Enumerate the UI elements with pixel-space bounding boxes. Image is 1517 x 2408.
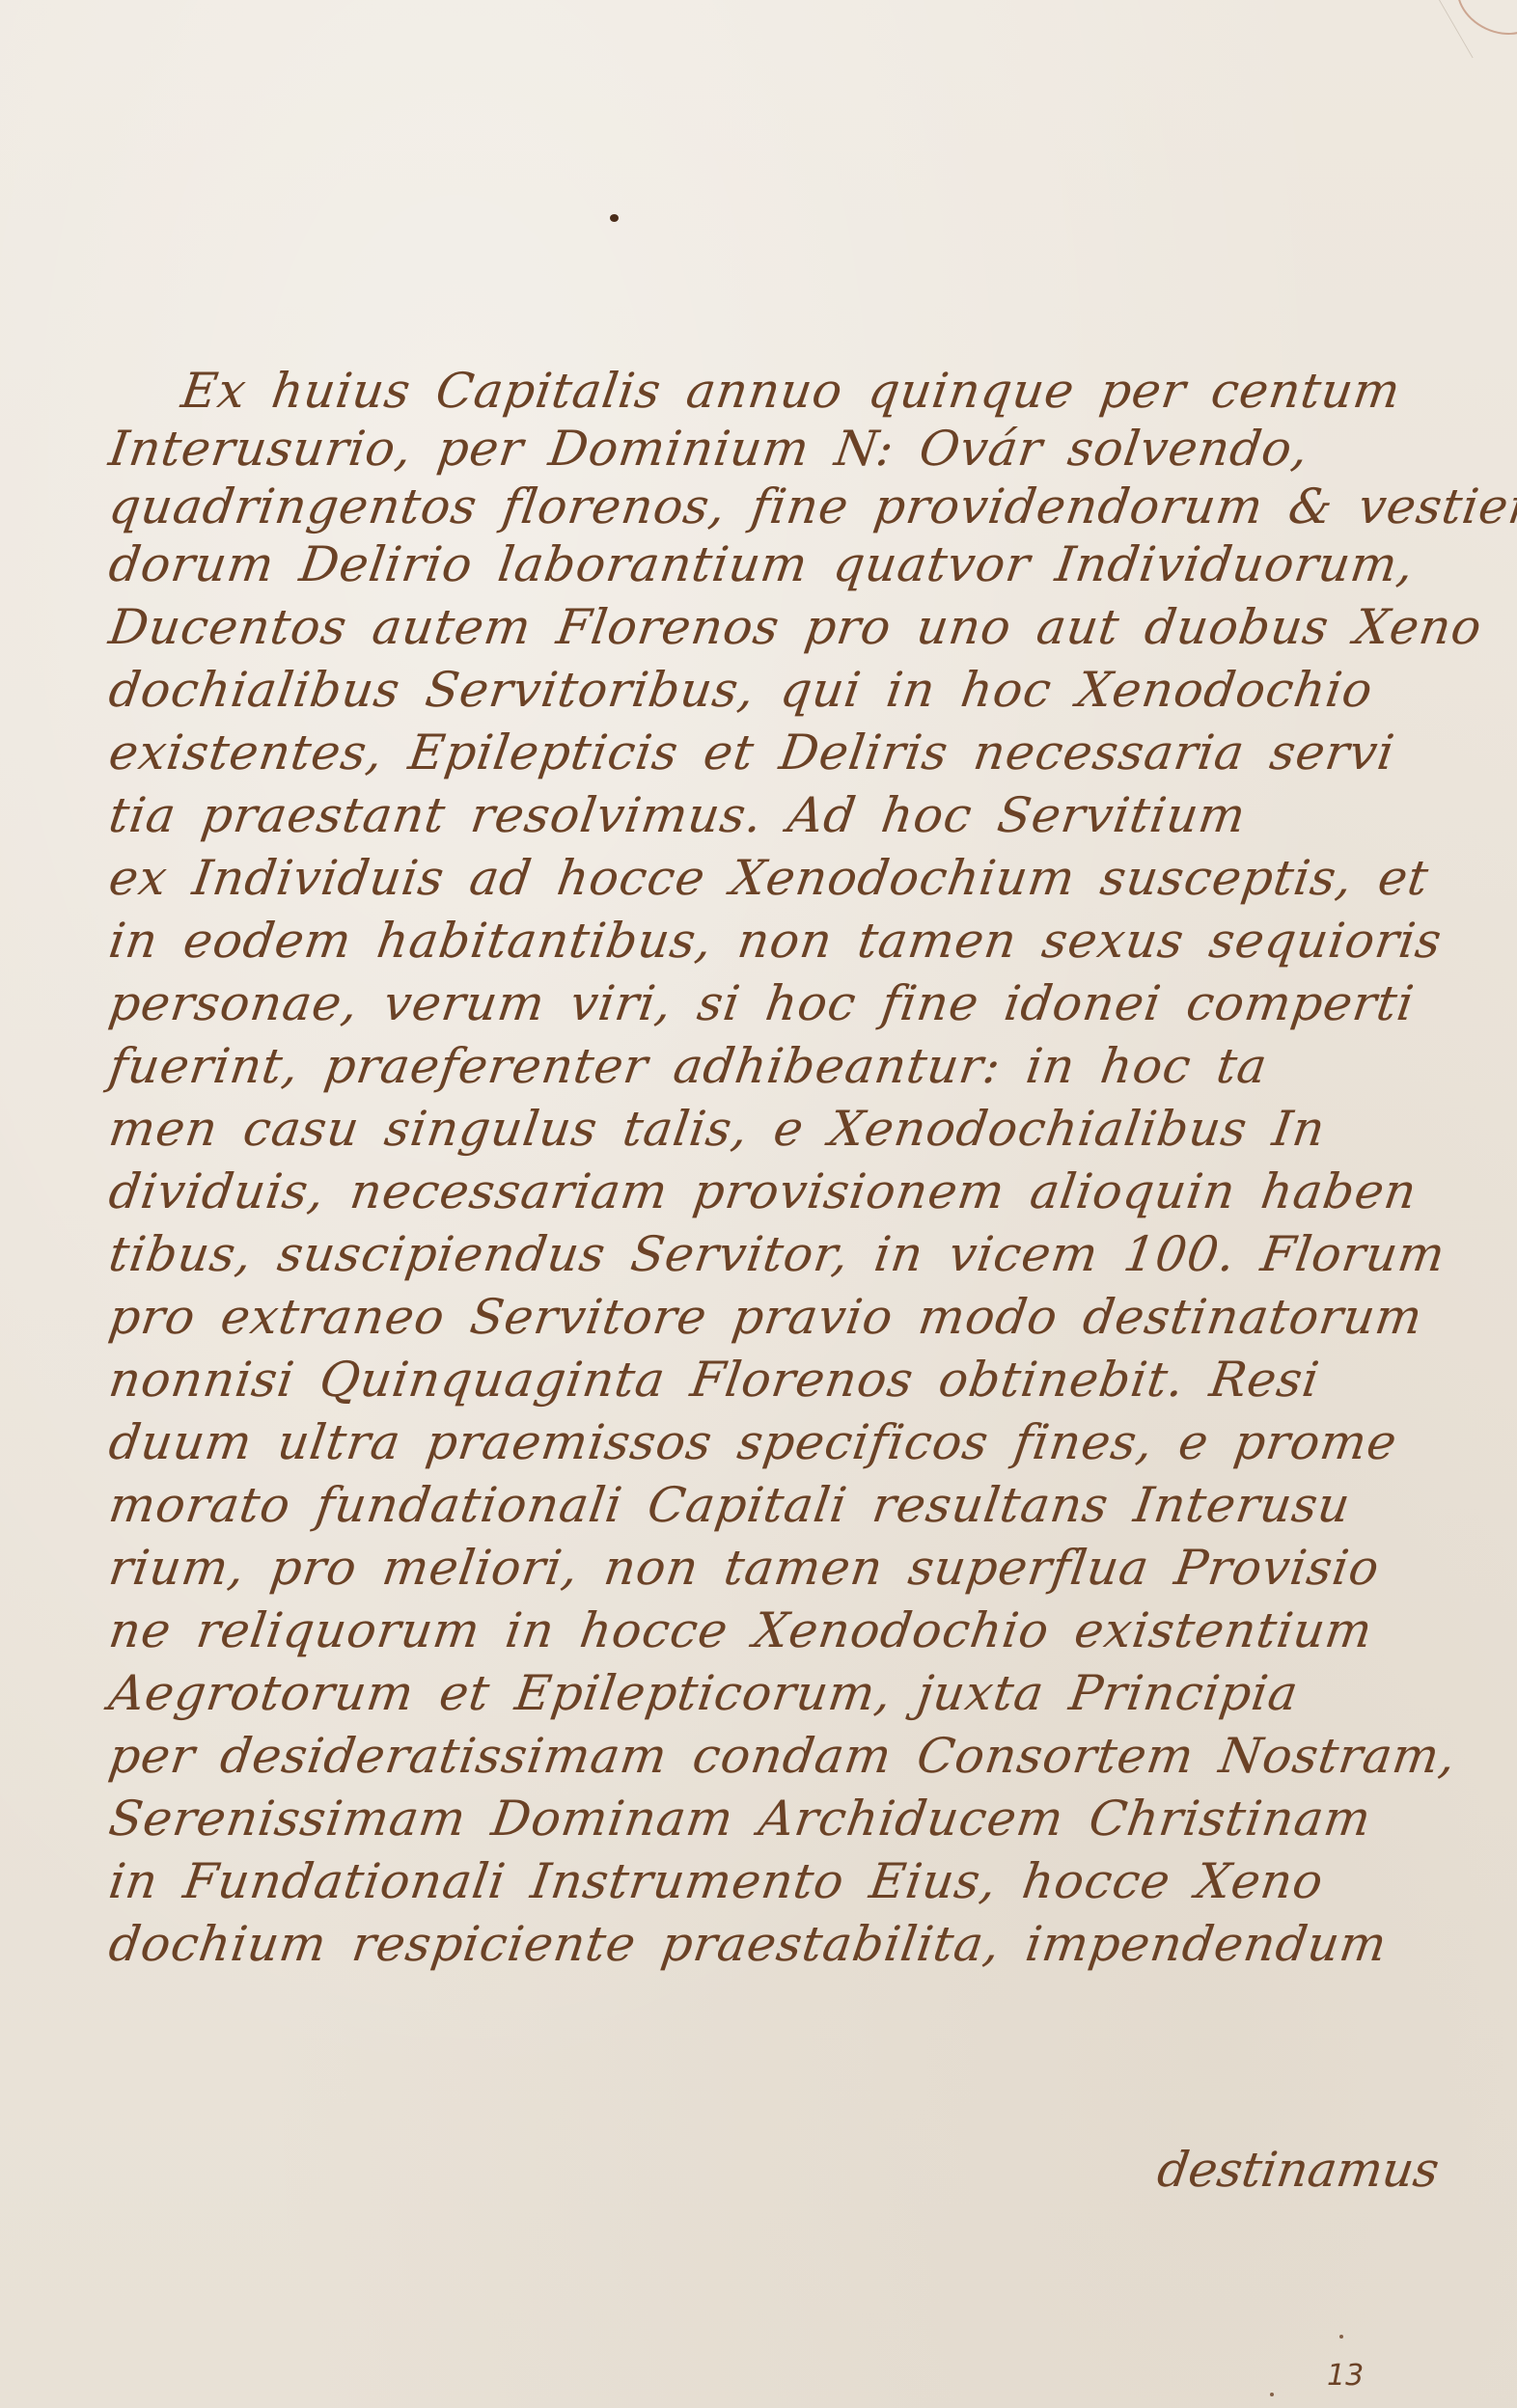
text-line: Ducentos autem Florenos pro uno aut duob… xyxy=(106,603,1485,651)
ink-dot xyxy=(610,214,619,222)
text-line: morato fundationali Capitali resultans I… xyxy=(106,1481,1354,1529)
text-line: Serenissimam Dominam Archiducem Christin… xyxy=(106,1794,1374,1843)
text-line: dividuis, necessariam provisionem alioqu… xyxy=(106,1167,1420,1216)
closing-word: destinamus xyxy=(1154,2142,1443,2198)
folio-number: 13 xyxy=(1327,2359,1364,2393)
text-line: per desideratissimam condam Consortem No… xyxy=(106,1732,1459,1780)
text-line: in Fundationali Instrumento Eius, hocce … xyxy=(106,1857,1327,1905)
text-line: quadringentos florenos, fine providendor… xyxy=(106,482,1517,531)
text-line: ne reliquorum in hocce Xenodochio existe… xyxy=(106,1606,1376,1655)
text-line: fuerint, praeferenter adhibeantur: in ho… xyxy=(106,1042,1271,1090)
text-line: dochium respiciente praestabilita, impen… xyxy=(106,1920,1391,1968)
text-line: pro extraneo Servitore pravio modo desti… xyxy=(106,1293,1425,1341)
text-line: existentes, Epilepticis et Deliris neces… xyxy=(106,728,1397,777)
text-line: ex Individuis ad hocce Xenodochium susce… xyxy=(106,854,1432,902)
text-line: personae, verum viri, si hoc fine idonei… xyxy=(106,979,1418,1027)
text-line: Aegrotorum et Epilepticorum, juxta Princ… xyxy=(106,1669,1302,1717)
text-line: Interusurio, per Dominium N: Ovár solven… xyxy=(106,424,1311,473)
text-line: in eodem habitantibus, non tamen sexus s… xyxy=(106,917,1445,965)
text-line: duum ultra praemissos specificos fines, … xyxy=(106,1418,1400,1466)
corner-fold xyxy=(1439,0,1517,58)
ink-speck xyxy=(1270,2393,1274,2396)
text-line: men casu singulus talis, e Xenodochialib… xyxy=(106,1105,1329,1153)
text-line: rium, pro meliori, non tamen superflua P… xyxy=(106,1544,1383,1592)
text-line: tia praestant resolvimus. Ad hoc Serviti… xyxy=(106,791,1249,839)
text-line: tibus, suscipiendus Servitor, in vicem 1… xyxy=(106,1230,1448,1278)
text-line: dorum Delirio laborantium quatvor Indivi… xyxy=(106,540,1418,588)
manuscript-page: Ex huius Capitalis annuo quinque per cen… xyxy=(0,0,1517,2408)
ink-speck xyxy=(1339,2335,1343,2339)
text-line: dochialibus Servitoribus, qui in hoc Xen… xyxy=(106,666,1376,714)
text-line: Ex huius Capitalis annuo quinque per cen… xyxy=(179,367,1404,415)
text-line: nonnisi Quinquaginta Florenos obtinebit.… xyxy=(106,1355,1323,1404)
